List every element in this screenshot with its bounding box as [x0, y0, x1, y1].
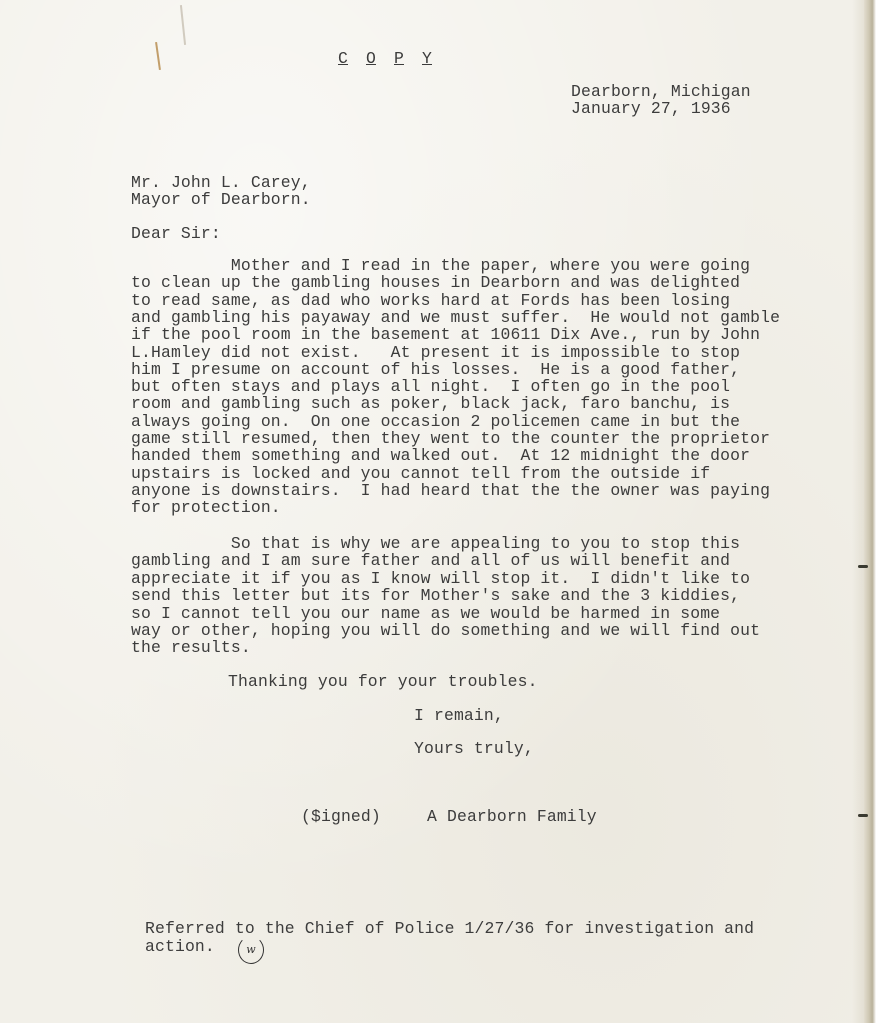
paragraph-line: and gambling his payaway and we must suf…: [131, 309, 780, 326]
rust-stain: [155, 42, 161, 70]
paragraph-line: him I presume on account of his losses. …: [131, 361, 740, 378]
rust-stain: [180, 5, 186, 45]
edge-tear: [858, 565, 868, 568]
paragraph-line: to clean up the gambling houses in Dearb…: [131, 274, 740, 291]
paragraph-line: room and gambling such as poker, black j…: [131, 395, 730, 412]
paragraph-line: so I cannot tell you our name as we woul…: [131, 605, 720, 622]
paragraph-line: to read same, as dad who works hard at F…: [131, 292, 730, 309]
page-right-edge: [864, 0, 876, 1023]
signed-label: ($igned): [301, 808, 381, 825]
paragraph-line: Mother and I read in the paper, where yo…: [131, 257, 750, 274]
paragraph-line: if the pool room in the basement at 1061…: [131, 326, 760, 343]
paragraph-line: anyone is downstairs. I had heard that t…: [131, 482, 770, 499]
handwritten-initials-circle: w: [238, 936, 264, 964]
paragraph-line: send this letter but its for Mother's sa…: [131, 587, 740, 604]
recipient-title: Mayor of Dearborn.: [131, 191, 311, 208]
date-line: January 27, 1936: [571, 100, 731, 117]
referral-line-1: Referred to the Chief of Police 1/27/36 …: [145, 920, 754, 937]
edge-tear: [858, 814, 868, 817]
document-page: COPY Dearborn, Michigan January 27, 1936…: [0, 0, 866, 1023]
paragraph-line: So that is why we are appealing to you t…: [131, 535, 740, 552]
paragraph-line: upstairs is locked and you cannot tell f…: [131, 465, 710, 482]
salutation: Dear Sir:: [131, 225, 221, 242]
paragraph-line: L.Hamley did not exist. At present it is…: [131, 344, 740, 361]
paragraph-line: handed them something and walked out. At…: [131, 447, 750, 464]
closing-remain: I remain,: [414, 707, 504, 724]
paragraph-line: for protection.: [131, 499, 281, 516]
place-line: Dearborn, Michigan: [571, 83, 751, 100]
paragraph-line: gambling and I am sure father and all of…: [131, 552, 730, 569]
signature: A Dearborn Family: [427, 808, 597, 825]
copy-heading: COPY: [338, 50, 450, 67]
referral-line-2: action.: [145, 938, 215, 955]
closing-yours: Yours truly,: [414, 740, 534, 757]
recipient-name: Mr. John L. Carey,: [131, 174, 311, 191]
paragraph-line: game still resumed, then they went to th…: [131, 430, 770, 447]
closing-thanks: Thanking you for your troubles.: [228, 673, 538, 690]
paragraph-line: but often stays and plays all night. I o…: [131, 378, 730, 395]
paragraph-line: appreciate it if you as I know will stop…: [131, 570, 750, 587]
paragraph-line: always going on. On one occasion 2 polic…: [131, 413, 740, 430]
paragraph-line: the results.: [131, 639, 251, 656]
paragraph-line: way or other, hoping you will do somethi…: [131, 622, 760, 639]
